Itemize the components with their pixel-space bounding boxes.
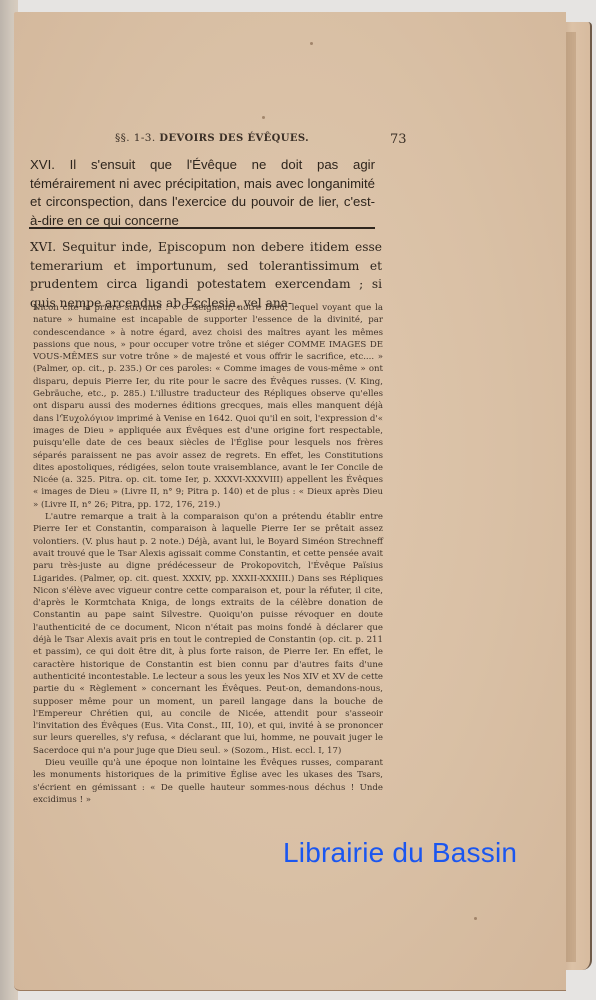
header-title: DEVOIRS DES ÉVÊQUES. xyxy=(159,133,309,144)
footnote-paragraph: L'autre remarque a trait à la comparaiso… xyxy=(33,511,383,757)
foxing-spot xyxy=(310,42,313,45)
running-header: §§. 1-3. DEVOIRS DES ÉVÊQUES. xyxy=(115,132,380,144)
watermark-text: Librairie du Bassin xyxy=(283,837,517,869)
latin-paragraph: XVI. Sequitur inde, Episcopum non debere… xyxy=(30,238,382,312)
french-paragraph: XVI. Il s'ensuit que l'Évêque ne doit pa… xyxy=(30,156,375,230)
page-gutter-edge xyxy=(566,32,576,962)
footnotes: Nicon cite la prière suivante : « O Seig… xyxy=(33,302,383,806)
foxing-spot xyxy=(262,116,265,119)
section-mark: §§. 1-3. xyxy=(115,132,156,144)
french-text: XVI. Il s'ensuit que l'Évêque ne doit pa… xyxy=(30,156,375,230)
footnote-paragraph: Nicon cite la prière suivante : « O Seig… xyxy=(33,302,383,511)
page-number: 73 xyxy=(390,132,407,147)
footnote-paragraph: Dieu veuille qu'à une époque non lointai… xyxy=(33,757,383,806)
separator-rule xyxy=(29,227,375,229)
latin-text: XVI. Sequitur inde, Episcopum non debere… xyxy=(30,238,382,312)
foxing-spot xyxy=(474,917,477,920)
